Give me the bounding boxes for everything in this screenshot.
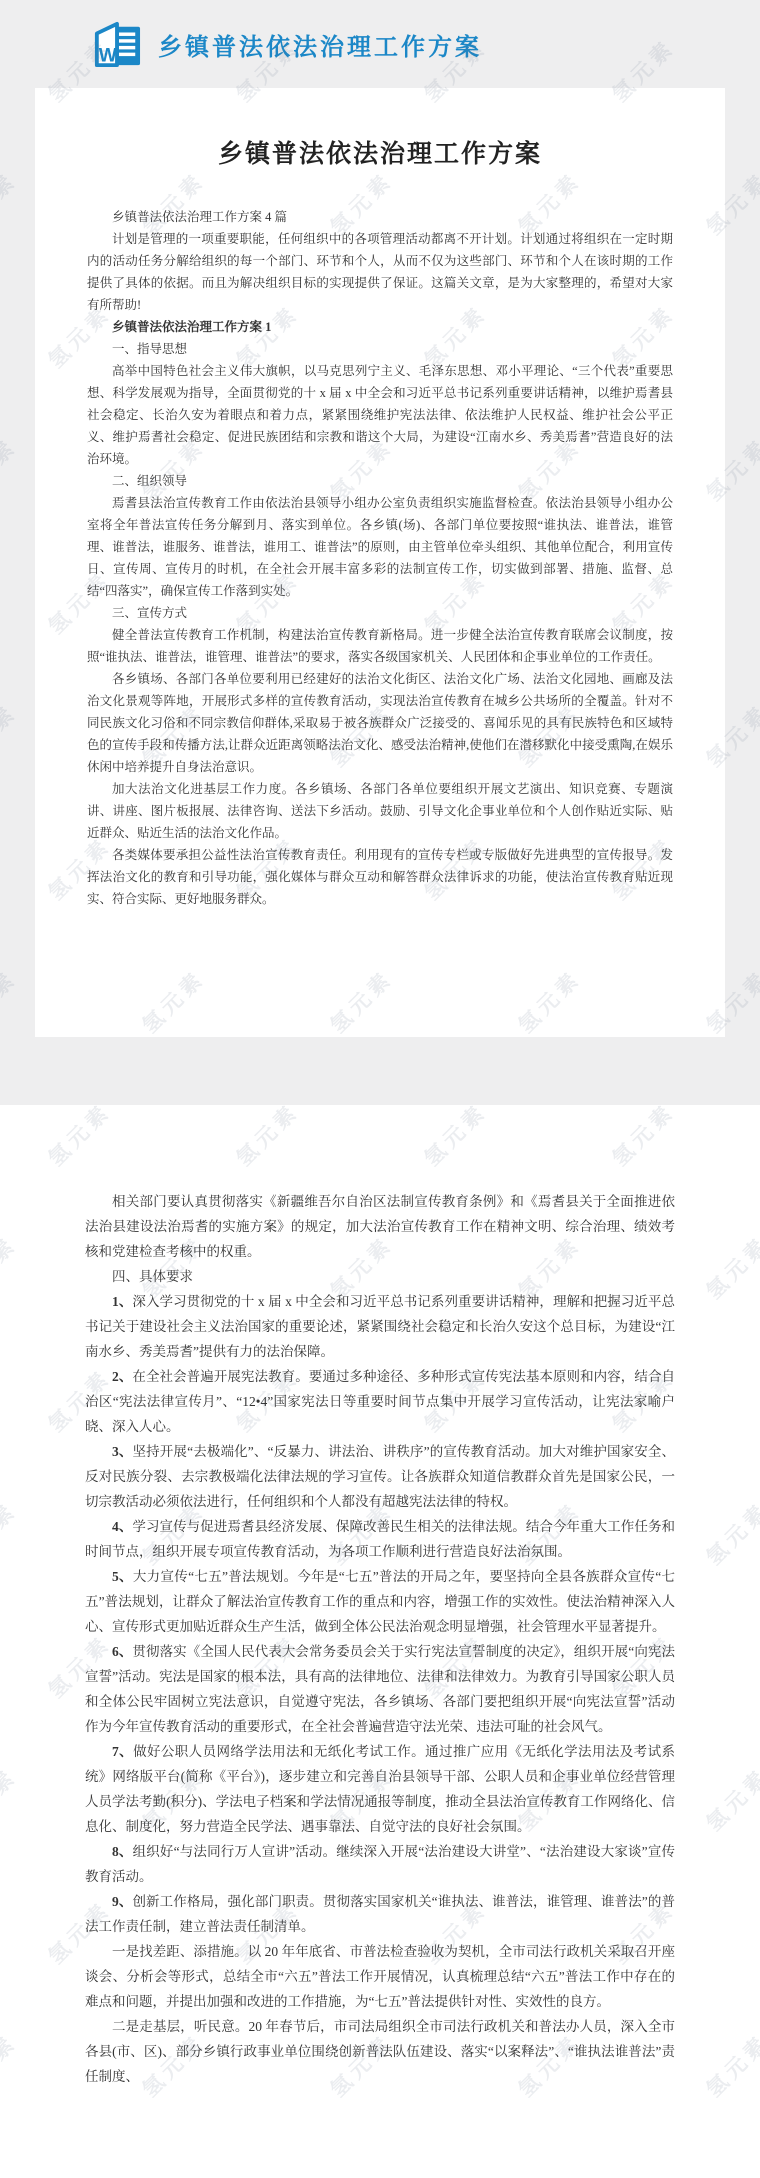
watermark-text: 氢元素 [0,165,23,241]
document-paragraph: 健全普法宣传教育工作机制，构建法治宣传教育新格局。进一步健全法治宣传教育联席会议… [87,624,673,668]
document-paragraph: 9、创新工作格局，强化部门职责。贯彻落实国家机关“谁执法、谁普法，谁管理、谁普法… [85,1889,675,1939]
svg-text:W: W [99,45,118,66]
document-paragraph: 各类媒体要承担公益性法治宣传教育责任。利用现有的宣传专栏或专版做好先进典型的宣传… [87,844,673,910]
page-background: W 乡镇普法依法治理工作方案 乡镇普法依法治理工作方案 乡镇普法依法治理工作方案… [0,0,760,2178]
document-paragraph: 2、在全社会普遍开展宪法教育。要通过多种途径、多种形式宣传宪法基本原则和内容，结… [85,1364,675,1439]
paragraph-number: 7、 [112,1744,133,1759]
document-paragraph: 三、宣传方式 [87,602,673,624]
document-body-page-1: 乡镇普法依法治理工作方案 4 篇计划是管理的一项重要职能，任何组织中的各项管理活… [87,206,673,910]
document-paragraph: 1、深入学习贯彻党的十 x 届 x 中全会和习近平总书记系列重要讲话精神，理解和… [85,1289,675,1364]
document-paragraph: 高举中国特色社会主义伟大旗帜，以马克思列宁主义、毛泽东思想、邓小平理论、“三个代… [87,360,673,470]
document-paragraph: 5、大力宣传“七五”普法规划。今年是“七五”普法的开局之年，要坚持向全县各族群众… [85,1564,675,1639]
document-paragraph: 二是走基层，听民意。20 年春节后，市司法局组织全市司法行政机关和普法办人员，深… [85,2014,675,2089]
paragraph-number: 9、 [112,1894,132,1909]
document-paragraph: 7、做好公职人员网络学法用法和无纸化考试工作。通过推广应用《无纸化学法用法及考试… [85,1739,675,1839]
watermark-text: 氢元素 [0,431,23,507]
document-paragraph: 焉耆县法治宣传教育工作由依法治县领导小组办公室负责组织实施监督检查。依法治县领导… [87,492,673,602]
watermark-text: 氢元素 [0,697,23,773]
document-title: 乡镇普法依法治理工作方案 [87,134,673,170]
document-paragraph: 加大法治文化进基层工作力度。各乡镇场、各部门各单位要组织开展文艺演出、知识竞赛、… [87,778,673,844]
document-paragraph: 3、坚持开展“去极端化”、“反暴力、讲法治、讲秩序”的宣传教育活动。加大对维护国… [85,1439,675,1514]
document-paragraph: 计划是管理的一项重要职能，任何组织中的各项管理活动都离不开计划。计划通过将组织在… [87,228,673,316]
site-header: W 乡镇普法依法治理工作方案 [90,20,482,68]
paragraph-number: 1、 [112,1294,132,1309]
paragraph-number: 4、 [112,1519,132,1534]
paragraph-number: 6、 [112,1644,132,1659]
document-paragraph: 乡镇普法依法治理工作方案 4 篇 [87,206,673,228]
paragraph-number: 3、 [112,1444,133,1459]
document-page-2: 相关部门要认真贯彻落实《新疆维吾尔自治区法制宣传教育条例》和《焉耆县关于全面推进… [0,1105,760,2178]
document-page-1: 乡镇普法依法治理工作方案 乡镇普法依法治理工作方案 4 篇计划是管理的一项重要职… [35,88,725,1037]
site-header-title: 乡镇普法依法治理工作方案 [158,27,482,62]
paragraph-number: 5、 [112,1569,133,1584]
document-body-page-2: 相关部门要认真贯彻落实《新疆维吾尔自治区法制宣传教育条例》和《焉耆县关于全面推进… [85,1189,675,2089]
document-paragraph: 一、指导思想 [87,338,673,360]
document-paragraph: 四、具体要求 [85,1264,675,1289]
document-paragraph: 一是找差距、添措施。以 20 年年底省、市普法检查验收为契机，全市司法行政机关采… [85,1939,675,2014]
document-paragraph: 6、贯彻落实《全国人民代表大会常务委员会关于实行宪法宣誓制度的决定》，组织开展“… [85,1639,675,1739]
document-paragraph: 相关部门要认真贯彻落实《新疆维吾尔自治区法制宣传教育条例》和《焉耆县关于全面推进… [85,1189,675,1264]
paragraph-number: 8、 [112,1844,133,1859]
document-paragraph: 二、组织领导 [87,470,673,492]
document-paragraph: 4、学习宣传与促进焉耆县经济发展、保障改善民生相关的法律法规。结合今年重大工作任… [85,1514,675,1564]
word-document-icon: W [90,20,144,68]
document-paragraph: 乡镇普法依法治理工作方案 1 [87,316,673,338]
document-paragraph: 各乡镇场、各部门各单位要利用已经建好的法治文化街区、法治文化广场、法治文化园地、… [87,668,673,778]
document-paragraph: 8、组织好“与法同行万人宣讲”活动。继续深入开展“法治建设大讲堂”、“法治建设大… [85,1839,675,1889]
watermark-text: 氢元素 [0,963,23,1039]
paragraph-number: 2、 [112,1369,132,1384]
